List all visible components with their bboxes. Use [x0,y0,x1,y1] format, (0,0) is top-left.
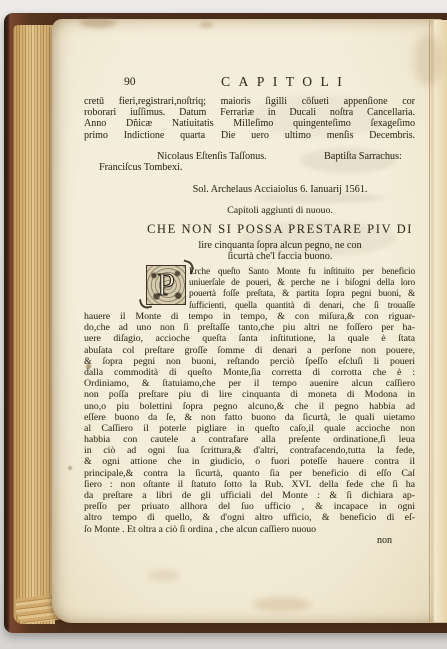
text-line: altro tempo di quello, & d'ogni altro uf… [84,512,415,523]
decree-intro-paragraph: cretū fieri,registrari,noſtriq; maioris … [84,96,415,141]
foxing-spot [80,18,116,28]
folio-number: 90 [124,76,136,88]
text-line: dalla commodità di queſto Monte,ſia corr… [84,367,415,378]
text-line: & ſopra pegni non buoni, reſtando perciò… [84,356,415,367]
section-note: Capitoli aggiunti di nuouo. [118,205,442,216]
text-line: abuſata col preſtare groſſe ſomme di den… [84,345,415,356]
drop-cap-initial: P [146,265,186,305]
running-title: CAPITOLI [221,74,350,90]
chapter-heading-line-2: lire cinquanta ſopra alcun pegno, ne con [118,240,442,251]
text-line: da preſtare a libri de gli ufficiali del… [84,490,415,501]
text-line: eſſere buono da ſe, & non fatto buono da… [84,412,415,423]
signatory-name: Nicolaus Eſtenſis Taſſonus. [157,151,267,162]
text-line: habbia con cautele a contrafare alla pre… [84,434,415,445]
body-paragraph-indented: Erche queſto Santo Monte fu inſtituito p… [189,266,415,311]
text-line: principale,& contra la ſicurtà, quanto ſ… [84,468,415,479]
text-line: al Caſſiero il poterle pigliare in queſt… [84,423,415,434]
text-line: hauere il Monte di tempo in tempo, & con… [84,311,415,322]
text-line: non poſſa preſtare piu di lire cinquanta… [84,389,415,400]
foxing-spot [68,466,72,470]
text-line: do,che ad uno non ſi preſtaſſe tanto,che… [84,322,415,333]
foxing-spot [253,597,311,612]
chapter-heading-line-1: CHE NON SI POSSA PRESTARE PIV DI [118,222,442,237]
text-line: roborari iuſſimus. Datum Ferrariæ in Duc… [84,107,415,118]
text-line: in ciò ad ogni ſua ſcrittura,& d'altri, … [84,445,415,456]
text-line: Anno Dñicæ Natiuitatis Milleſimo quingen… [84,118,415,129]
text-line: ſiero : non oſtante il ſtatuto ſotto la … [84,479,415,490]
text-line: uno,o piu bolettini ſopra pegno alcuno,&… [84,401,415,412]
drop-cap-letter: P [147,266,185,303]
approval-line: Sol. Archelaus Acciaiolus 6. Ianuarij 15… [118,184,442,195]
signatory-name: Baptiſta Sarrachus: [324,151,402,162]
text-line: Erche queſto Santo Monte fu inſtituito p… [189,266,415,277]
text-line: ſufficienti, quella quantità di denari, … [189,300,415,311]
foxing-spot [200,22,213,28]
text-line: ſo Monte . Et oltra a ciò ſi ordina , ch… [84,524,415,535]
catchword: non [330,535,392,546]
body-paragraph: hauere il Monte di tempo in tempo, & con… [84,311,415,535]
text-line: primo Indictione quarta Die uero ultimo … [84,130,415,141]
chapter-heading-line-3: ſicurtà che'l faccia buono. [118,251,442,262]
page-edges-stack [13,25,55,624]
text-line: uniuerſale de poueri, & perche ne i biſo… [189,277,415,288]
text-line: uere diſagio, accioche queſta ſanta inſt… [84,333,415,344]
signatory-name: Franciſcus Tombexi. [99,162,182,173]
page-curl-edge [429,20,447,622]
text-line: cretū fieri,registrari,noſtriq; maioris … [84,96,415,107]
photo-backdrop: 90 CAPITOLI cretū fieri,registrari,noſtr… [0,0,447,649]
text-line: pouertà foſſe preſtata, & partita ſopra … [189,288,415,299]
text-line: & ogni attione che in giudicio, o fuori … [84,456,415,467]
foxing-spot [414,34,442,86]
text-line: Ordiniamo, & ſtatuiamo,che per il tempo … [84,378,415,389]
foxing-spot [148,570,180,581]
text-line: preſſo per priuato allhora del ſuo uffic… [84,501,415,512]
